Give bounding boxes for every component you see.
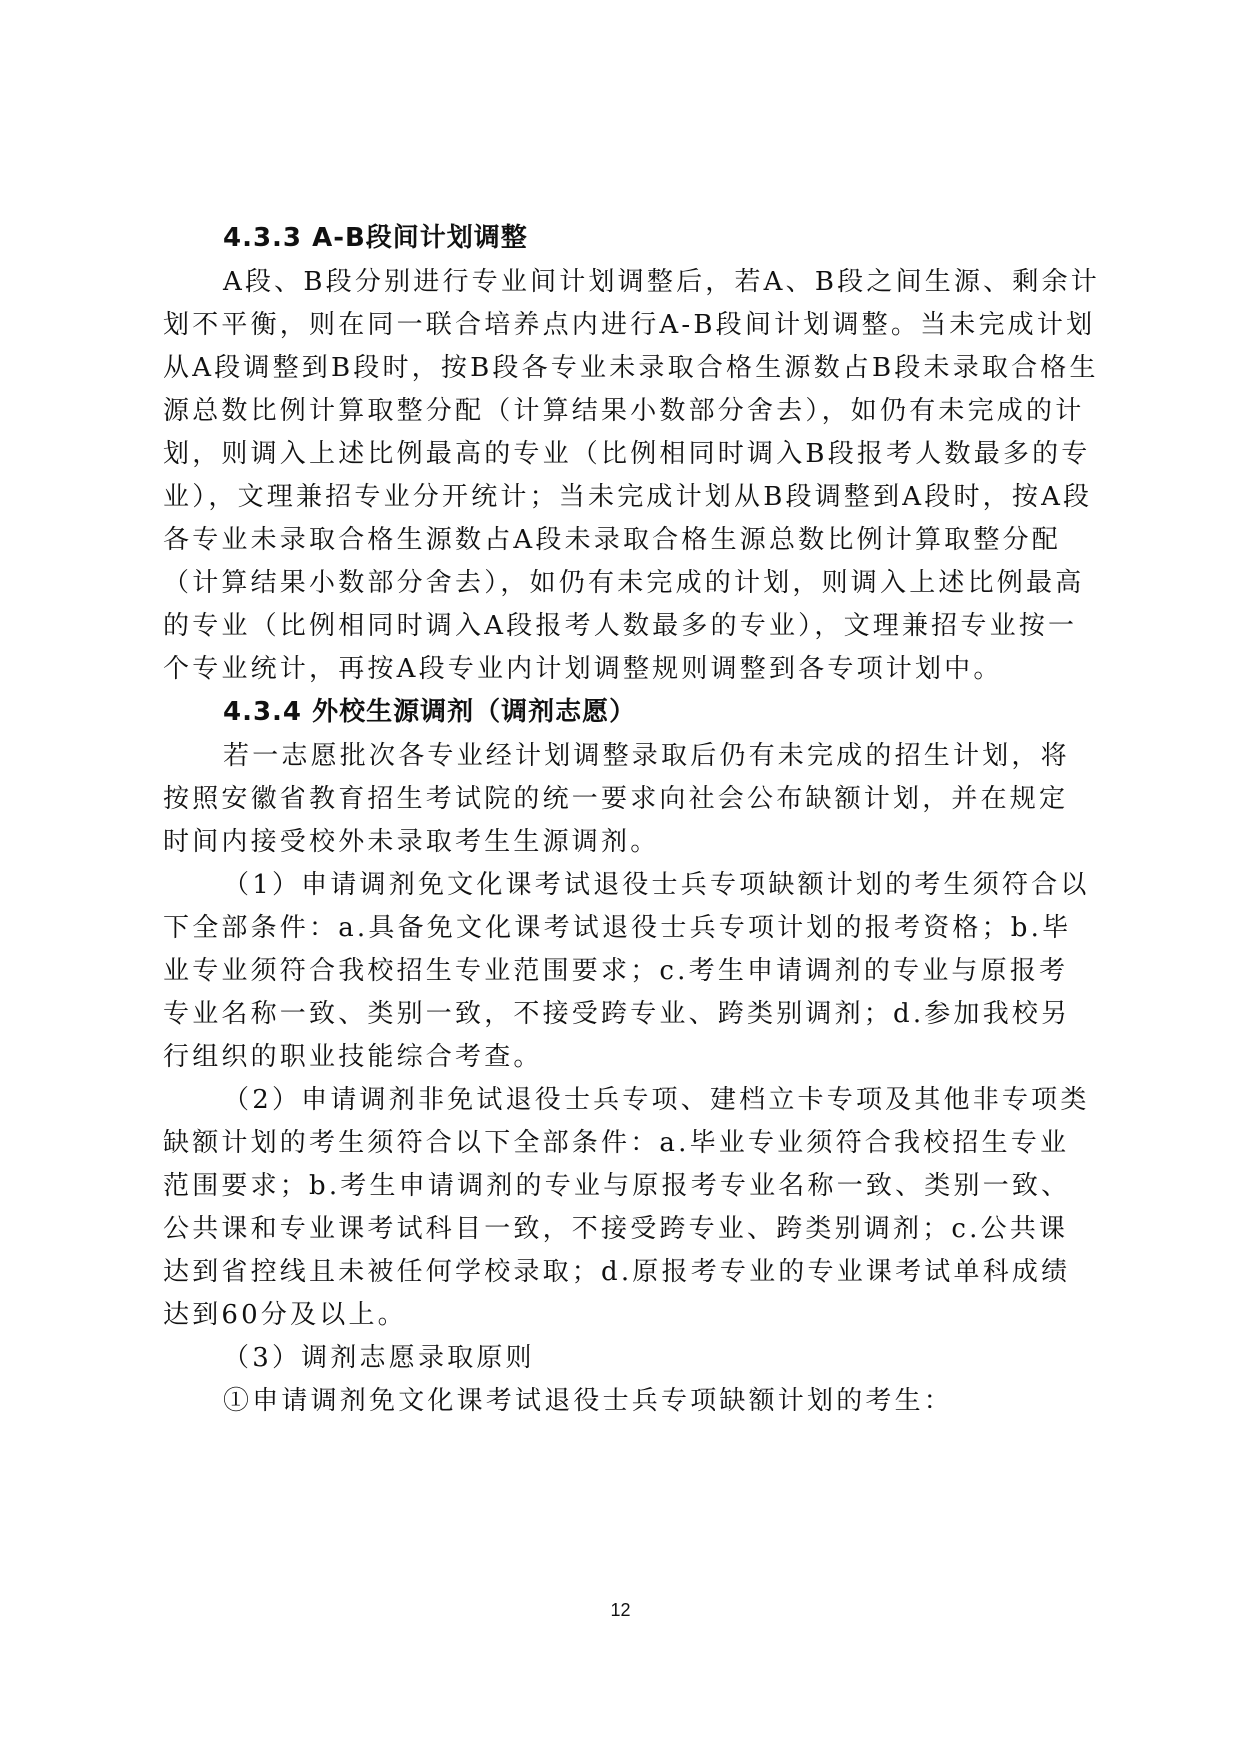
section-heading-4-3-4: 4.3.4 外校生源调剂（调剂志愿） [223, 696, 1143, 728]
paragraph-line: 按照安徽省教育招生考试院的统一要求向社会公布缺额计划，并在规定 [163, 783, 1083, 815]
page-number: 12 [0, 1600, 1241, 1621]
paragraph-line: 下全部条件：a.具备免文化课考试退役士兵专项计划的报考资格；b.毕 [163, 912, 1083, 944]
paragraph-line: （1）申请调剂免文化课考试退役士兵专项缺额计划的考生须符合以 [223, 869, 1143, 901]
paragraph-line: 划，则调入上述比例最高的专业（比例相同时调入B段报考人数最多的专 [163, 438, 1083, 470]
paragraph-line: 源总数比例计算取整分配（计算结果小数部分舍去），如仍有未完成的计 [163, 395, 1083, 427]
paragraph-line: 专业名称一致、类别一致，不接受跨专业、跨类别调剂；d.参加我校另 [163, 998, 1083, 1030]
paragraph-line: （3）调剂志愿录取原则 [223, 1342, 1143, 1374]
paragraph-line: 划不平衡，则在同一联合培养点内进行A-B段间计划调整。当未完成计划 [163, 309, 1083, 341]
paragraph-line: 行组织的职业技能综合考查。 [163, 1041, 1083, 1073]
paragraph-line: 范围要求；b.考生申请调剂的专业与原报考专业名称一致、类别一致、 [163, 1170, 1083, 1202]
paragraph-line: 从A段调整到B段时，按B段各专业未录取合格生源数占B段未录取合格生 [163, 352, 1083, 384]
paragraph-line: 公共课和专业课考试科目一致，不接受跨专业、跨类别调剂；c.公共课 [163, 1213, 1083, 1245]
paragraph-line: 时间内接受校外未录取考生生源调剂。 [163, 826, 1083, 858]
section-heading-4-3-3: 4.3.3 A-B段间计划调整 [223, 222, 1143, 254]
paragraph-line: 业专业须符合我校招生专业范围要求；c.考生申请调剂的专业与原报考 [163, 955, 1083, 987]
paragraph-line: 达到省控线且未被任何学校录取；d.原报考专业的专业课考试单科成绩 [163, 1256, 1083, 1288]
paragraph-line: 若一志愿批次各专业经计划调整录取后仍有未完成的招生计划，将 [223, 740, 1143, 772]
paragraph-line: ①申请调剂免文化课考试退役士兵专项缺额计划的考生： [223, 1385, 1143, 1417]
paragraph-line: （2）申请调剂非免试退役士兵专项、建档立卡专项及其他非专项类 [223, 1084, 1143, 1116]
paragraph-line: （计算结果小数部分舍去），如仍有未完成的计划，则调入上述比例最高 [163, 567, 1083, 599]
document-page: 4.3.3 A-B段间计划调整 A段、B段分别进行专业间计划调整后，若A、B段之… [0, 0, 1241, 1755]
paragraph-line: A段、B段分别进行专业间计划调整后，若A、B段之间生源、剩余计 [223, 266, 1143, 298]
paragraph-line: 的专业（比例相同时调入A段报考人数最多的专业），文理兼招专业按一 [163, 610, 1083, 642]
paragraph-line: 缺额计划的考生须符合以下全部条件：a.毕业专业须符合我校招生专业 [163, 1127, 1083, 1159]
paragraph-line: 业），文理兼招专业分开统计；当未完成计划从B段调整到A段时，按A段 [163, 481, 1083, 513]
paragraph-line: 达到60分及以上。 [163, 1299, 1083, 1331]
paragraph-line: 个专业统计，再按A段专业内计划调整规则调整到各专项计划中。 [163, 653, 1083, 685]
paragraph-line: 各专业未录取合格生源数占A段未录取合格生源总数比例计算取整分配 [163, 524, 1083, 556]
